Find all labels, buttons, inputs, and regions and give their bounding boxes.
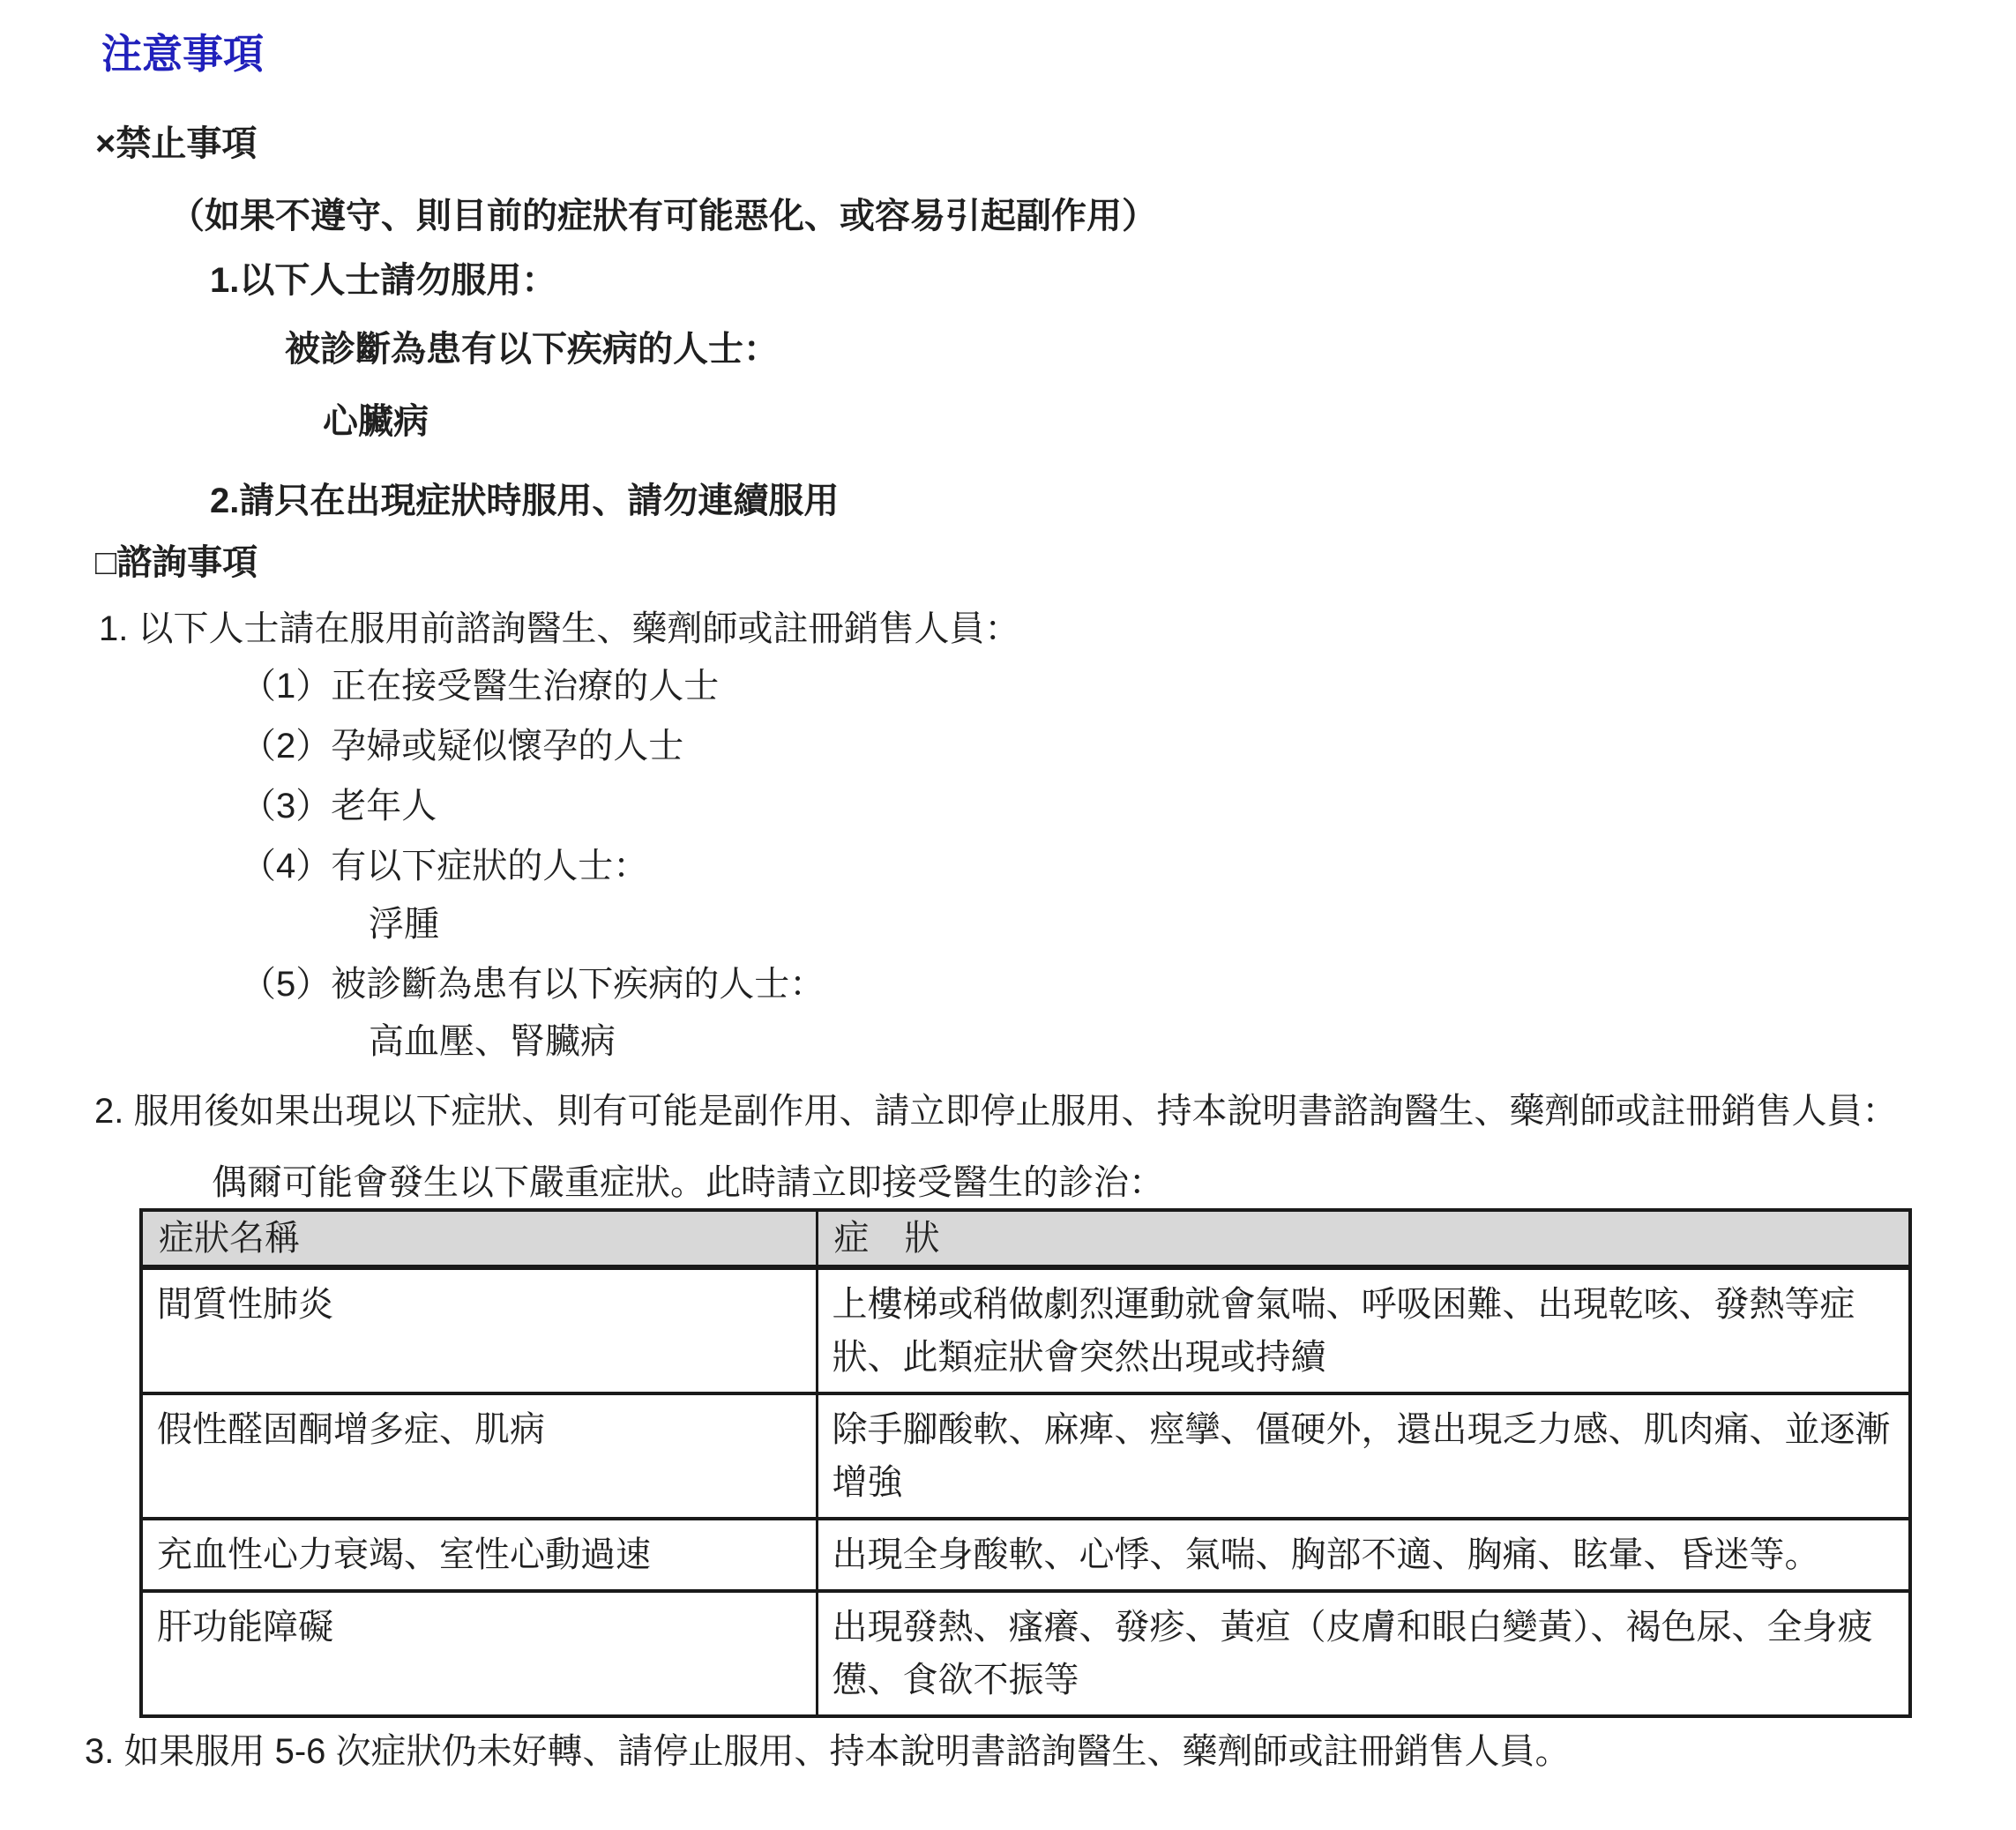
prohibition-item-1: 1.以下人士請勿服用： bbox=[210, 260, 2016, 301]
table-row: 肝功能障礙 出現發熱、瘙癢、發疹、黃疸（皮膚和眼白變黃）、褐色尿、全身疲憊、食欲… bbox=[141, 1591, 1910, 1716]
prohibition-warning-note: （如果不遵守、則目前的症狀有可能惡化、或容易引起副作用） bbox=[169, 196, 2016, 236]
consultation-item-2: 2. 服用後如果出現以下症狀、則有可能是副作用、請立即停止服用、持本說明書諮詢醫… bbox=[94, 1080, 1955, 1142]
symptom-table: 症狀名稱 症 狀 間質性肺炎 上樓梯或稍做劇烈運動就會氣喘、呼吸困難、出現乾咳、… bbox=[139, 1208, 1912, 1718]
column-header-symptom: 症 狀 bbox=[817, 1210, 1910, 1267]
symptom-name-cell: 肝功能障礙 bbox=[141, 1591, 817, 1716]
symptom-desc-cell: 上樓梯或稍做劇烈運動就會氣喘、呼吸困難、出現乾咳、發熱等症狀、此類症狀會突然出現… bbox=[817, 1267, 1910, 1393]
prohibition-section-heading: ×禁止事項 bbox=[95, 123, 2016, 164]
table-row: 充血性心力衰竭、室性心動過速 出現全身酸軟、心悸、氣喘、胸部不適、胸痛、眩暈、昏… bbox=[141, 1519, 1910, 1591]
prohibition-item-1-detail: 被診斷為患有以下疾病的人士： bbox=[285, 329, 2016, 370]
consultation-subitem-2: （2）孕婦或疑似懷孕的人士 bbox=[241, 726, 2016, 766]
document-page: { "document": { "title": "注意事項", "colors… bbox=[0, 0, 2016, 1830]
consultation-item-3: 3. 如果服用 5-6 次症狀仍未好轉、請停止服用、持本說明書諮詢醫生、藥劑師或… bbox=[85, 1731, 2016, 1772]
symptom-desc-cell: 出現全身酸軟、心悸、氣喘、胸部不適、胸痛、眩暈、昏迷等。 bbox=[817, 1519, 1910, 1591]
prohibition-marker-icon: × bbox=[95, 124, 116, 163]
symptom-desc-cell: 出現發熱、瘙癢、發疹、黃疸（皮膚和眼白變黃）、褐色尿、全身疲憊、食欲不振等 bbox=[817, 1591, 1910, 1716]
consultation-subitem-5: （5）被診斷為患有以下疾病的人士： bbox=[241, 964, 2016, 1005]
consultation-subitem-4: （4）有以下症狀的人士： bbox=[241, 846, 2016, 886]
consultation-subitem-5-detail: 高血壓、腎臟病 bbox=[369, 1021, 2016, 1062]
consultation-item-1: 1. 以下人士請在服用前諮詢醫生、藥劑師或註冊銷售人員： bbox=[99, 609, 2016, 649]
symptom-table-body: 間質性肺炎 上樓梯或稍做劇烈運動就會氣喘、呼吸困難、出現乾咳、發熱等症狀、此類症… bbox=[141, 1267, 1910, 1716]
symptom-name-cell: 間質性肺炎 bbox=[141, 1267, 817, 1393]
consultation-subitem-3: （3）老年人 bbox=[241, 786, 2016, 826]
table-row: 假性醛固酮增多症、肌病 除手腳酸軟、麻痺、痙攣、僵硬外，還出現乏力感、肌肉痛、並… bbox=[141, 1393, 1910, 1519]
symptom-table-header: 症狀名稱 症 狀 bbox=[141, 1210, 1910, 1267]
consultation-subitem-1: （1）正在接受醫生治療的人士 bbox=[241, 666, 2016, 706]
symptom-name-cell: 假性醛固酮增多症、肌病 bbox=[141, 1393, 817, 1519]
prohibition-item-1-disease: 心臟病 bbox=[323, 401, 2016, 442]
column-header-symptom-name: 症狀名稱 bbox=[141, 1210, 817, 1267]
consultation-section-heading: □諮詢事項 bbox=[95, 542, 2016, 583]
symptom-desc-cell: 除手腳酸軟、麻痺、痙攣、僵硬外，還出現乏力感、肌肉痛、並逐漸增強 bbox=[817, 1393, 1910, 1519]
consultation-marker-icon: □ bbox=[95, 543, 116, 582]
consultation-heading-label: 諮詢事項 bbox=[116, 543, 258, 582]
prohibition-item-2: 2.請只在出現症狀時服用、請勿連續服用 bbox=[210, 481, 2016, 521]
table-row: 間質性肺炎 上樓梯或稍做劇烈運動就會氣喘、呼吸困難、出現乾咳、發熱等症狀、此類症… bbox=[141, 1267, 1910, 1393]
page-title: 注意事項 bbox=[101, 31, 2016, 77]
table-header-row: 症狀名稱 症 狀 bbox=[141, 1210, 1910, 1267]
symptom-name-cell: 充血性心力衰竭、室性心動過速 bbox=[141, 1519, 817, 1591]
prohibition-heading-label: 禁止事項 bbox=[116, 124, 257, 163]
consultation-subitem-4-detail: 浮腫 bbox=[369, 904, 2016, 945]
symptom-table-intro: 偶爾可能會發生以下嚴重症狀。此時請立即接受醫生的診治： bbox=[212, 1162, 2016, 1203]
